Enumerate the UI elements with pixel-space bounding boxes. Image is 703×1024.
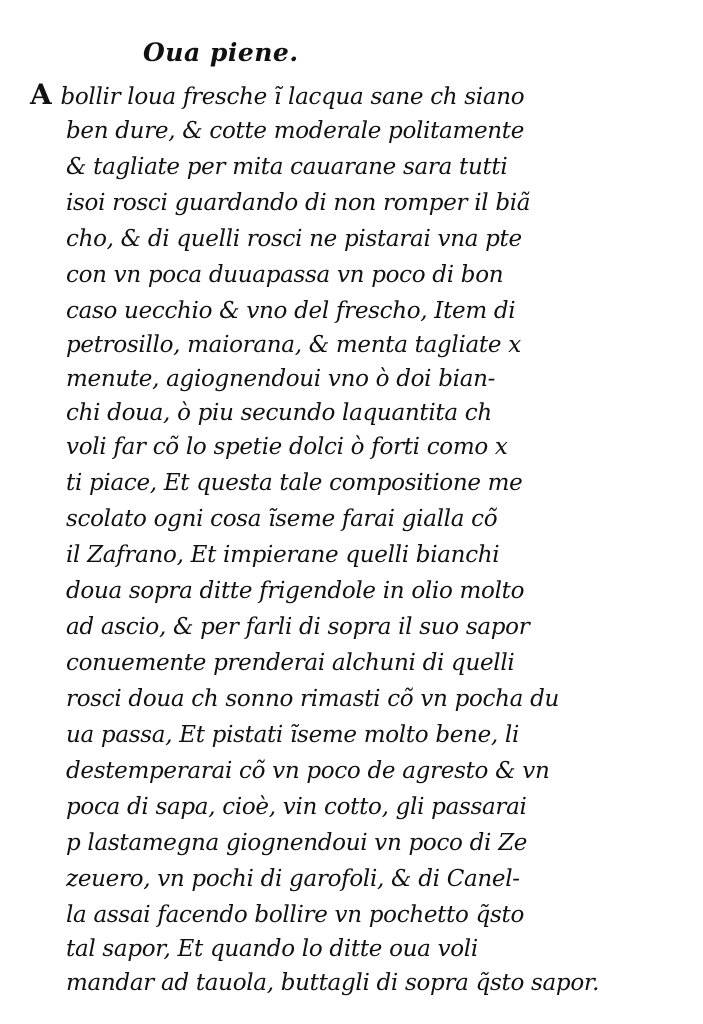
- text-line: conuemente prenderai alchuni di quelli: [66, 648, 626, 678]
- text-line: petrosillo, maiorana, & menta tagliate x: [66, 330, 626, 360]
- text-line: caso uecchio & vno del frescho, Item di: [66, 296, 626, 326]
- text-line: cho, & di quelli rosci ne pistarai vna p…: [66, 224, 626, 254]
- text-line: destemperarai cõ vn poco de agresto & vn: [66, 756, 626, 786]
- text-line: p lastamegna giognendoui vn poco di Ze: [66, 828, 626, 858]
- manuscript-page: Oua piene. A bollir loua fresche ĩ lacqu…: [0, 0, 703, 1024]
- text-line: mandar ad tauola, buttagli di sopra q̃st…: [66, 968, 626, 998]
- initial-capital: A: [30, 78, 51, 111]
- text-line: tal sapor, Et quando lo ditte oua voli: [66, 934, 626, 964]
- text-line: il Zafrano, Et impierane quelli bianchi: [66, 540, 626, 570]
- text-line: rosci doua ch sonno rimasti cõ vn pocha …: [66, 684, 626, 714]
- text-line: scolato ogni cosa ĩseme farai gialla cõ: [66, 504, 626, 534]
- text-line: A bollir loua fresche ĩ lacqua sane ch s…: [30, 80, 590, 112]
- text-line: menute, agiognendoui vno ò doi bian-: [66, 364, 626, 394]
- recipe-title: Oua piene.: [143, 38, 299, 67]
- text-line: poca di sapa, cioè, vin cotto, gli passa…: [66, 792, 626, 822]
- text-line: chi doua, ò piu secundo laquantita ch: [66, 398, 626, 428]
- text-line: ad ascio, & per farli di sopra il suo sa…: [66, 612, 626, 642]
- text-line: con vn poca duuapassa vn poco di bon: [66, 260, 626, 290]
- text-line: isoi rosci guardando di non romper il bi…: [66, 188, 626, 218]
- text-line: doua sopra ditte frigendole in olio molt…: [66, 576, 626, 606]
- text-line: ti piace, Et questa tale compositione me: [66, 468, 626, 498]
- text-line: ben dure, & cotte moderale politamente: [66, 116, 626, 146]
- text-line: zeuero, vn pochi di garofoli, & di Canel…: [66, 864, 626, 894]
- text-line: la assai facendo bollire vn pochetto q̃s…: [66, 900, 626, 930]
- text-line: ua passa, Et pistati ĩseme molto bene, l…: [66, 720, 626, 750]
- text-line: voli far cõ lo spetie dolci ò forti como…: [66, 432, 626, 462]
- text-line: & tagliate per mita cauarane sara tutti: [66, 152, 626, 182]
